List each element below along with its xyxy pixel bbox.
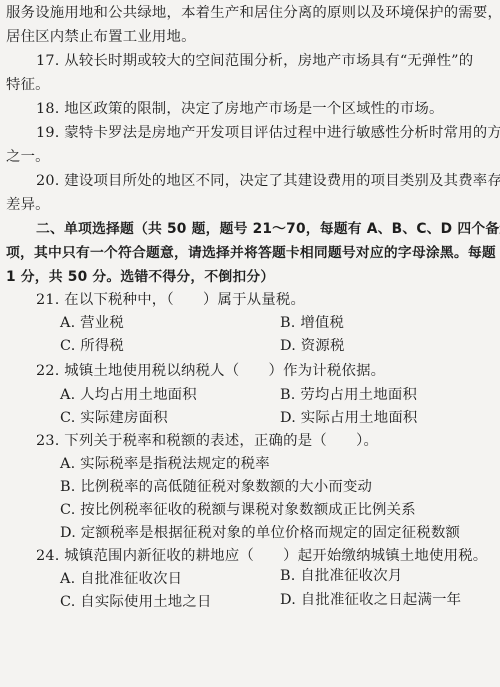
section-heading: 二、单项选择题（共 50 题，题号 21～70，每题有 A、B、C、D 四个备选 [36, 220, 500, 238]
option-21-c: C. 所得税 [60, 337, 124, 355]
option-22-d: D. 实际占用土地面积 [280, 409, 418, 427]
section-instructions-cont: 1 分，共 50 分。选错不得分，不倒扣分） [6, 268, 274, 286]
statement-17-cont: 特征。 [6, 76, 50, 94]
option-23-a: A. 实际税率是指税法规定的税率 [60, 455, 270, 473]
option-21-d: D. 资源税 [280, 337, 345, 355]
option-23-b: B. 比例税率的高低随征税对象数额的大小而变动 [60, 478, 372, 496]
option-24-b: B. 自批准征收次月 [280, 567, 402, 585]
option-23-d: D. 定额税率是根据征税对象的单位价格而规定的固定征税数额 [60, 524, 460, 542]
question-22-stem: 22. 城镇土地使用税以纳税人（ ）作为计税依据。 [36, 362, 385, 380]
option-24-a: A. 自批准征收次日 [60, 570, 182, 588]
option-22-b: B. 劳均占用土地面积 [280, 386, 417, 404]
exam-page: 服务设施用地和公共绿地，本着生产和居住分离的原则以及环境保护的需要，在 居住区内… [0, 0, 500, 687]
statement-20: 20. 建设项目所处的地区不同，决定了其建设费用的项目类别及其费率存在 [36, 172, 500, 190]
option-22-a: A. 人均占用土地面积 [60, 386, 197, 404]
statement-19: 19. 蒙特卡罗法是房地产开发项目评估过程中进行敏感性分析时常用的方法 [36, 124, 500, 142]
option-21-a: A. 营业税 [60, 314, 124, 332]
statement-19-cont: 之一。 [6, 148, 50, 166]
option-23-c: C. 按比例税率征收的税额与课税对象数额成正比例关系 [60, 501, 416, 519]
option-24-c: C. 自实际使用土地之日 [60, 593, 212, 611]
statement-18: 18. 地区政策的限制，决定了房地产市场是一个区域性的市场。 [36, 100, 444, 118]
option-24-d: D. 自批准征收之日起满一年 [280, 591, 461, 609]
question-21-stem: 21. 在以下税种中，（ ）属于从量税。 [36, 291, 305, 309]
question-23-stem: 23. 下列关于税率和税额的表述，正确的是（ ）。 [36, 432, 378, 450]
statement-20-cont: 差异。 [6, 196, 50, 214]
question-24-stem: 24. 城镇范围内新征收的耕地应（ ）起开始缴纳城镇土地使用税。 [36, 547, 487, 565]
text-line: 服务设施用地和公共绿地，本着生产和居住分离的原则以及环境保护的需要，在 [6, 4, 500, 22]
option-22-c: C. 实际建房面积 [60, 409, 168, 427]
text-line: 居住区内禁止布置工业用地。 [6, 28, 196, 46]
section-instructions: 项，其中只有一个符合题意，请选择并将答题卡相同题号对应的字母涂黑。每题 [6, 244, 496, 262]
option-21-b: B. 增值税 [280, 314, 344, 332]
statement-17: 17. 从较长时期或较大的空间范围分析，房地产市场具有“无弹性”的 [36, 52, 473, 70]
